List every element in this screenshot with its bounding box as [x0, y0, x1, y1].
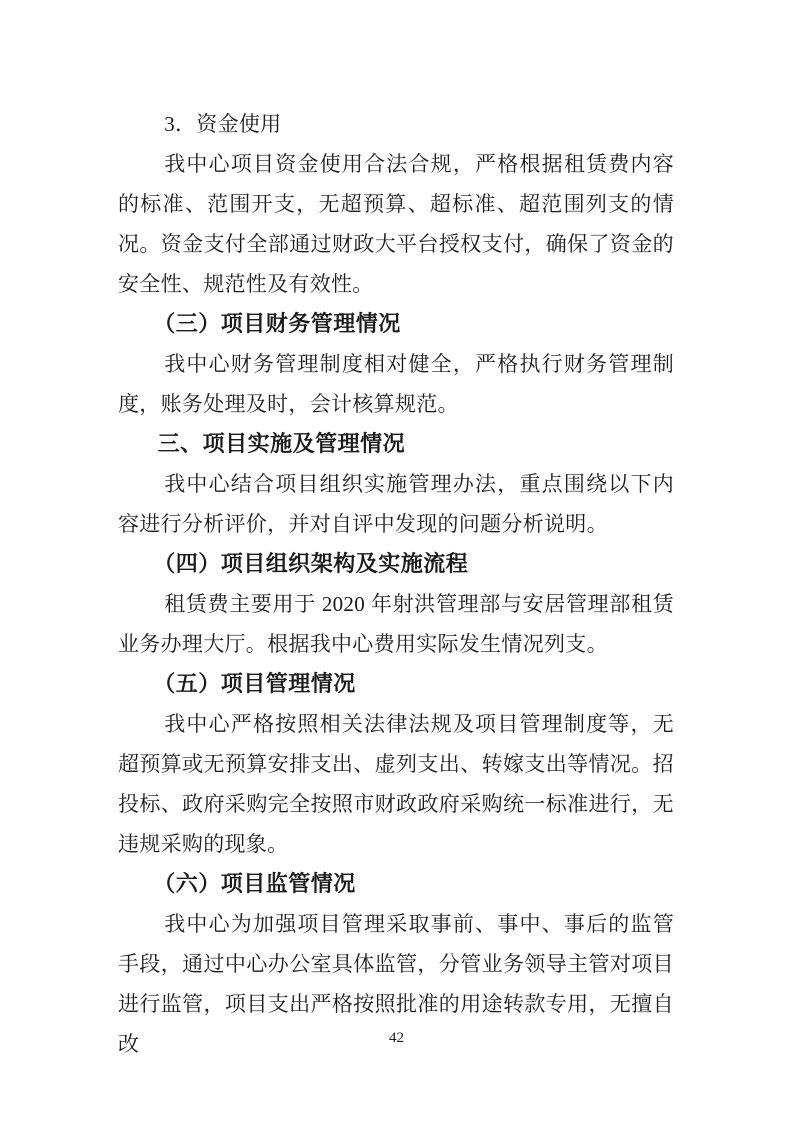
paragraph-organization-structure: 租赁费主要用于 2020 年射洪管理部与安居管理部租赁业务办理大厅。根据我中心费…: [118, 584, 674, 664]
paragraph-funds-usage: 我中心项目资金使用合法合规，严格根据租赁费内容的标准、范围开支，无超预算、超标准…: [118, 144, 674, 304]
page-number: 42: [0, 1028, 793, 1048]
document-page: 3．资金使用 我中心项目资金使用合法合规，严格根据租赁费内容的标准、范围开支，无…: [0, 0, 793, 1122]
page-content: 3．资金使用 我中心项目资金使用合法合规，严格根据租赁费内容的标准、范围开支，无…: [118, 104, 674, 1064]
paragraph-implementation-overview: 我中心结合项目组织实施管理办法，重点围绕以下内容进行分析评价，并对自评中发现的问…: [118, 464, 674, 544]
paragraph-project-management: 我中心严格按照相关法律法规及项目管理制度等，无超预算或无预算安排支出、虚列支出、…: [118, 704, 674, 864]
section-heading-project-management: （五）项目管理情况: [118, 664, 674, 704]
numbered-subheading-funds-usage: 3．资金使用: [118, 104, 674, 144]
section-heading-project-supervision: （六）项目监管情况: [118, 864, 674, 904]
section-heading-organization-structure: （四）项目组织架构及实施流程: [118, 544, 674, 584]
paragraph-financial-management: 我中心财务管理制度相对健全，严格执行财务管理制度，账务处理及时，会计核算规范。: [118, 344, 674, 424]
chapter-heading-implementation-management: 三、项目实施及管理情况: [118, 424, 674, 464]
section-heading-financial-management: （三）项目财务管理情况: [118, 304, 674, 344]
